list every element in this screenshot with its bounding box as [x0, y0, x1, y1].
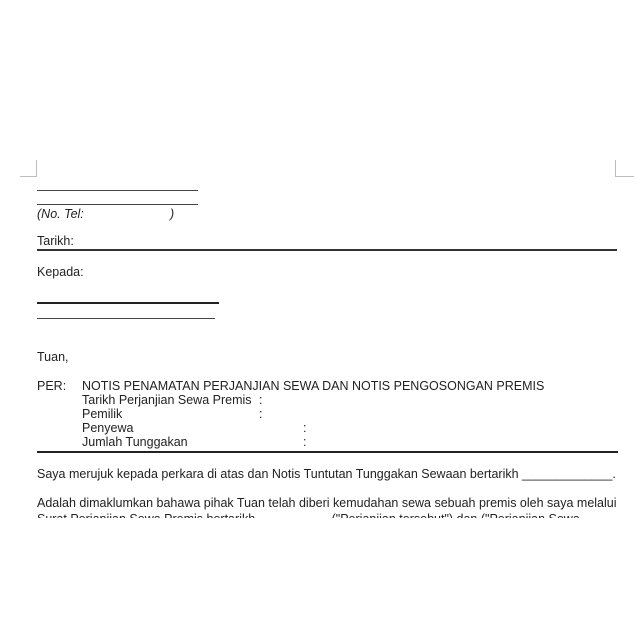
subject-underline — [37, 451, 618, 453]
field-sep-jumlah-tunggakan: : — [303, 435, 306, 449]
body-paragraph-2-line-1: Adalah dimaklumkan bahawa pihak Tuan tel… — [37, 496, 617, 510]
recipient-label: Kepada: — [37, 265, 84, 279]
body-paragraph-2-clipped: Surat Perjanjian Sewa Premis bertarikh _… — [37, 512, 617, 518]
salutation: Tuan, — [37, 350, 69, 364]
field-sep-tarikh-perjanjian: : — [259, 393, 262, 407]
phone-close-paren: ) — [170, 207, 174, 221]
recipient-blank-line-1[interactable] — [37, 302, 219, 304]
margin-corner-mark-left — [20, 160, 37, 177]
field-label-jumlah-tunggakan: Jumlah Tunggakan — [82, 435, 188, 449]
date-rule — [37, 249, 617, 251]
field-label-pemilik: Pemilik — [82, 407, 122, 421]
field-label-penyewa: Penyewa — [82, 421, 133, 435]
body-paragraph-2-line-2: Surat Perjanjian Sewa Premis bertarikh _… — [37, 512, 580, 518]
field-sep-pemilik: : — [259, 407, 262, 421]
body-paragraph-1: Saya merujuk kepada perkara di atas dan … — [37, 467, 616, 481]
sender-blank-line-1[interactable] — [37, 190, 198, 191]
field-sep-penyewa: : — [303, 421, 306, 435]
phone-label: (No. Tel: — [37, 207, 84, 221]
sender-blank-line-2[interactable] — [37, 204, 198, 205]
date-label: Tarikh: — [37, 234, 74, 248]
document-page: (No. Tel: ) Tarikh: Kepada: Tuan, PER: N… — [0, 0, 640, 640]
subject-title: NOTIS PENAMATAN PERJANJIAN SEWA DAN NOTI… — [82, 379, 544, 393]
margin-corner-mark-right — [615, 160, 634, 177]
recipient-blank-line-2[interactable] — [37, 318, 215, 319]
field-label-tarikh-perjanjian: Tarikh Perjanjian Sewa Premis — [82, 393, 252, 407]
subject-prefix: PER: — [37, 379, 66, 393]
